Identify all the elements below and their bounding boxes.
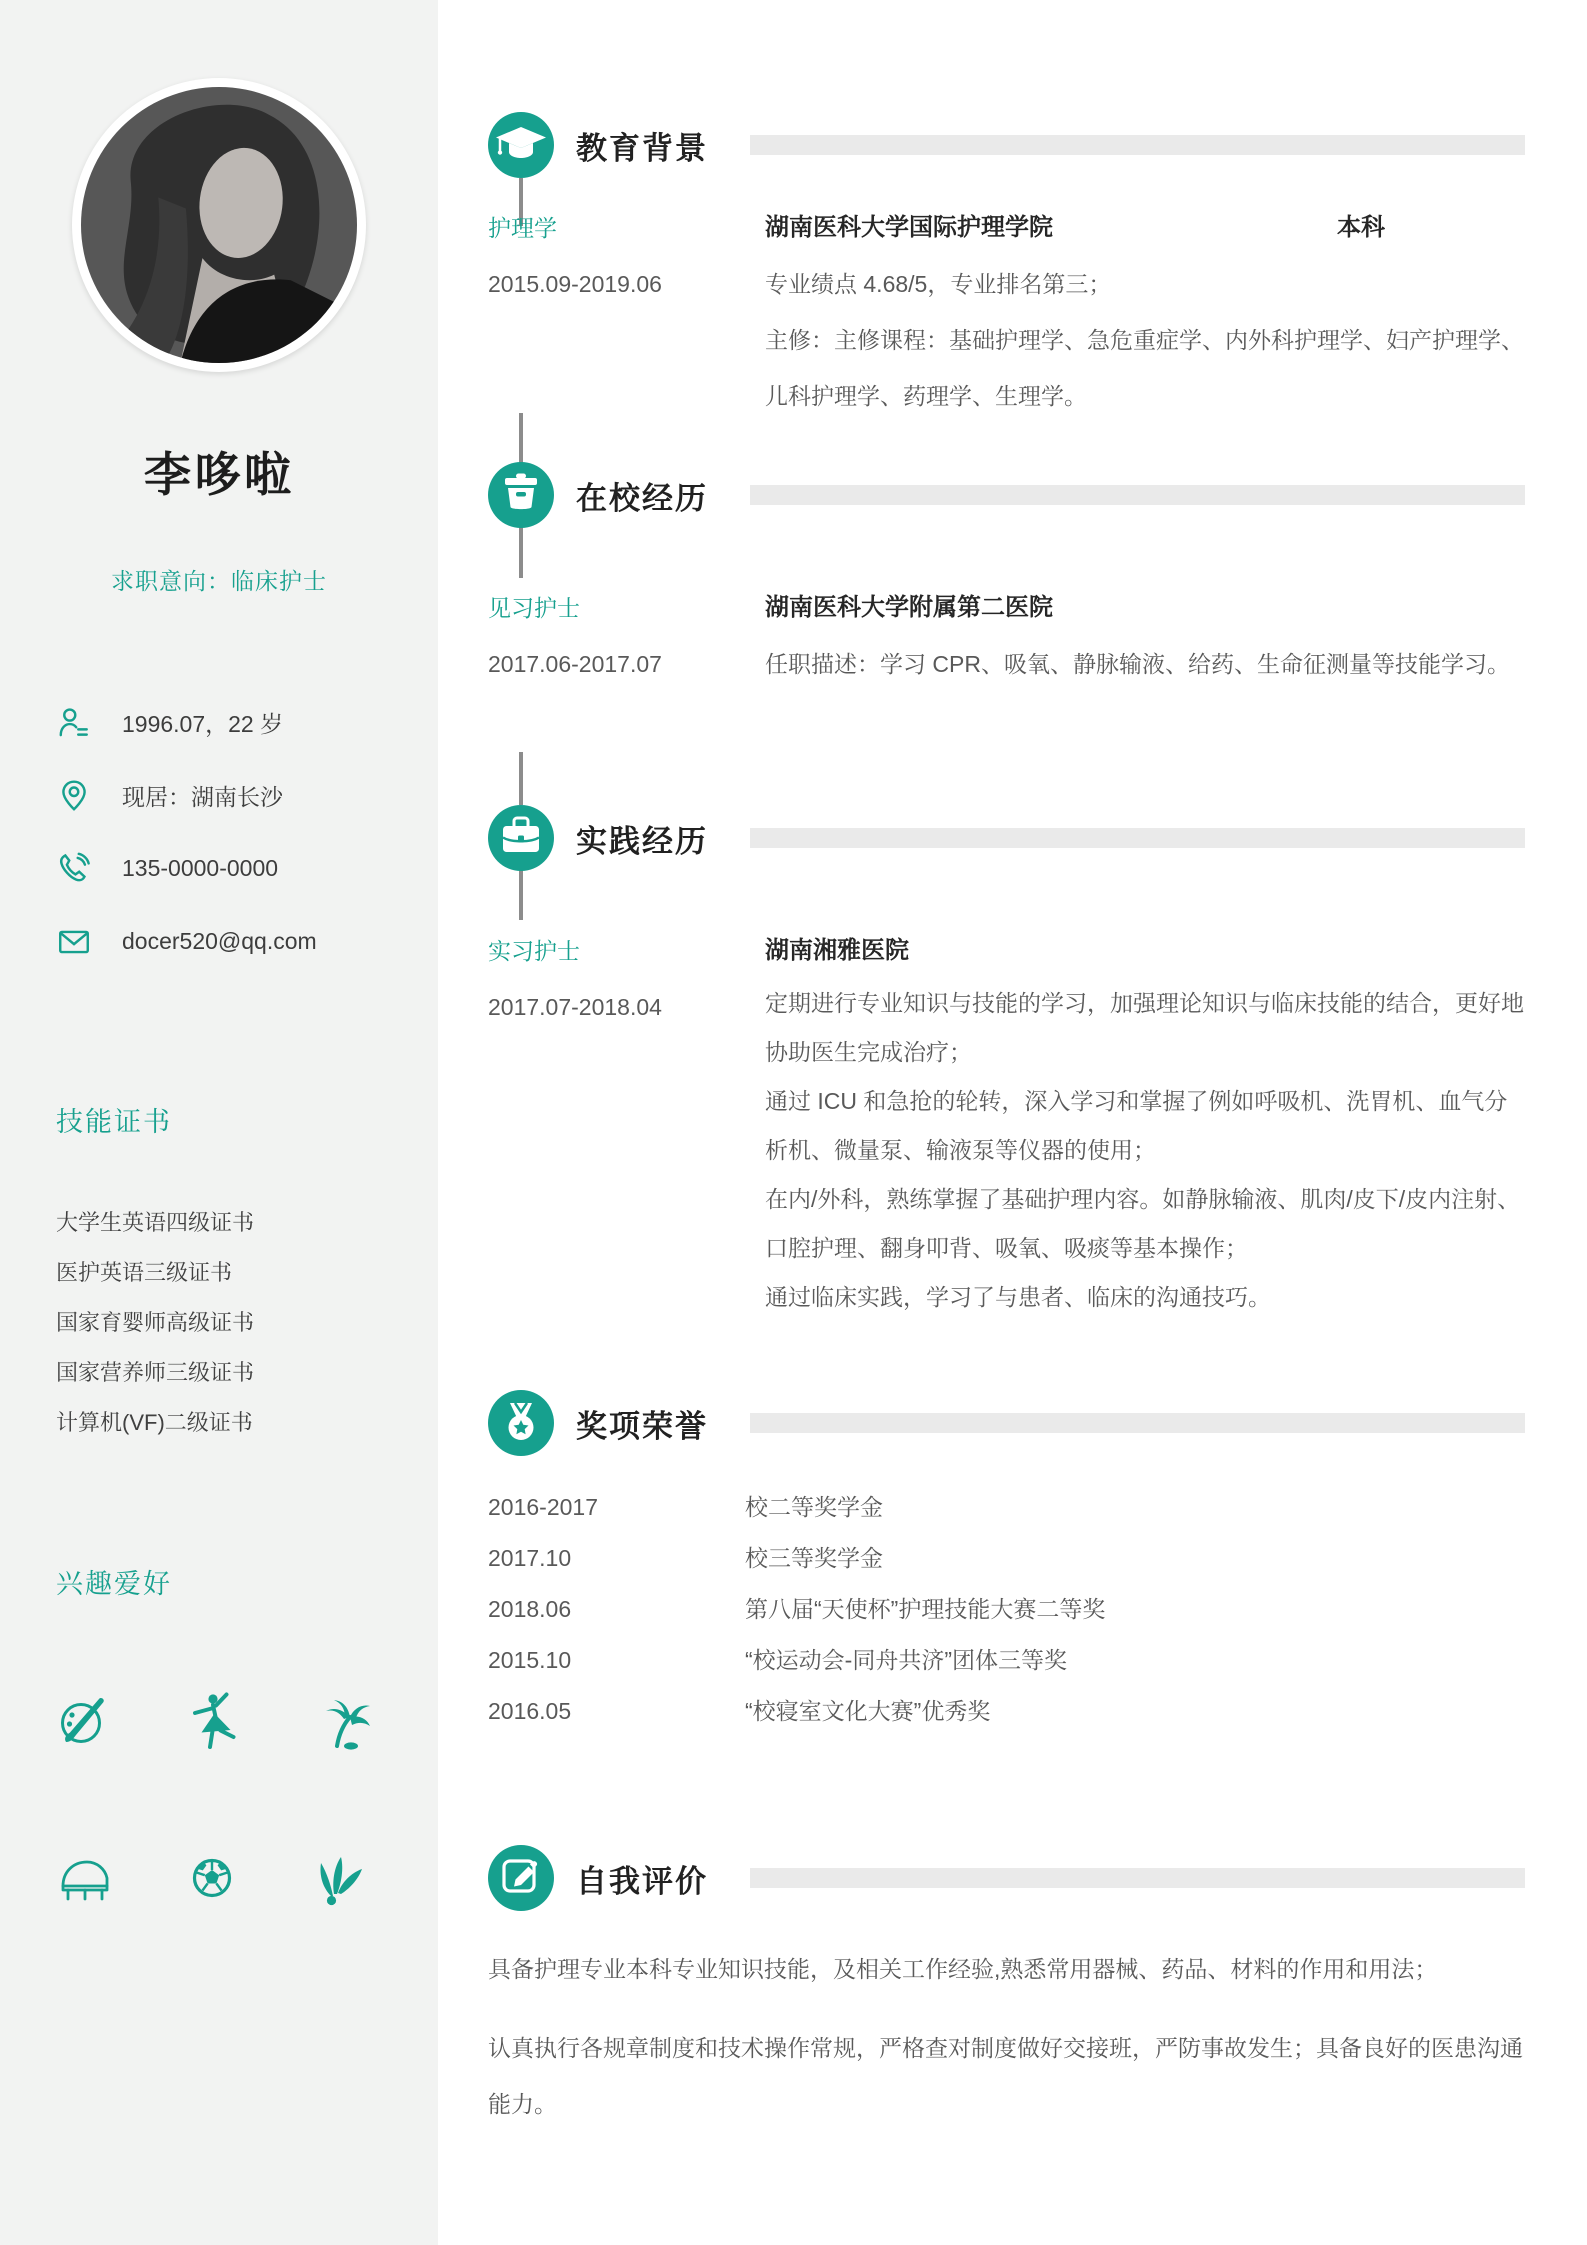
- certificate-item: 国家营养师三级证书: [56, 1348, 254, 1398]
- education-school: 湖南医科大学国际护理学院: [765, 200, 1053, 256]
- practice-icon-circle: [488, 805, 554, 871]
- section-campus: 在校经历 见习护士 2017.06-2017.07 湖南医科大学附属第二医院 任…: [488, 462, 1525, 692]
- award-date: 2018.06: [488, 1584, 745, 1635]
- education-title: 教育背景: [576, 123, 708, 168]
- profile-photo: [72, 78, 366, 372]
- piano-icon: [53, 1846, 117, 1910]
- awards-header: 奖项荣誉: [488, 1390, 1525, 1456]
- awards-icon-circle: [488, 1390, 554, 1456]
- badminton-icon: [307, 1846, 371, 1910]
- contact-location: 现居：湖南长沙: [122, 779, 283, 812]
- portrait-image: [81, 87, 357, 363]
- campus-org-row: 湖南医科大学附属第二医院: [765, 580, 1525, 636]
- practice-header: 实践经历: [488, 805, 1525, 871]
- practice-line: 通过 ICU 和急抢的轮转，深入学习和掌握了例如呼吸机、洗胃机、血气分析机、微量…: [765, 1077, 1525, 1175]
- education-body: 护理学 2015.09-2019.06 湖南医科大学国际护理学院 本科 专业绩点…: [488, 200, 1525, 424]
- practice-title: 实践经历: [576, 816, 708, 861]
- evaluation-body: 具备护理专业本科专业知识技能，及相关工作经验,熟悉常用器械、药品、材料的作用和用…: [488, 1941, 1525, 2132]
- phone-icon: [56, 851, 92, 887]
- section-evaluation: 自我评价 具备护理专业本科专业知识技能，及相关工作经验,熟悉常用器械、药品、材料…: [488, 1845, 1525, 2132]
- evaluation-title: 自我评价: [576, 1856, 708, 1901]
- section-awards: 奖项荣誉 2016-2017 校二等奖学金 2017.10 校三等奖学金 201…: [488, 1390, 1525, 1737]
- evaluation-header: 自我评价: [488, 1845, 1525, 1911]
- campus-line: 任职描述：学习 CPR、吸氧、静脉输液、给药、生命征测量等技能学习。: [765, 636, 1525, 692]
- practice-org-row: 湖南湘雅医院: [765, 923, 1525, 979]
- person-icon: [56, 705, 92, 741]
- campus-left-col: 见习护士 2017.06-2017.07: [488, 580, 765, 692]
- campus-right-col: 湖南医科大学附属第二医院 任职描述：学习 CPR、吸氧、静脉输液、给药、生命征测…: [765, 580, 1525, 692]
- practice-body: 实习护士 2017.07-2018.04 湖南湘雅医院 定期进行专业知识与技能的…: [488, 923, 1525, 1322]
- campus-hospital: 湖南医科大学附属第二医院: [765, 580, 1053, 636]
- hobbies-heading: 兴趣爱好: [56, 1562, 172, 1601]
- education-degree: 本科: [1337, 200, 1385, 256]
- awards-body: 2016-2017 校二等奖学金 2017.10 校三等奖学金 2018.06 …: [488, 1482, 1525, 1737]
- section-header-bar: [750, 485, 1525, 505]
- football-icon: [180, 1846, 244, 1910]
- hobby-piano: [49, 1840, 121, 1916]
- contact-list: 1996.07，22 岁 现居：湖南长沙 135-0000-0000: [56, 686, 317, 978]
- education-header: 教育背景: [488, 112, 1525, 178]
- section-practice: 实践经历 实习护士 2017.07-2018.04 湖南湘雅医院 定期进行专业知…: [488, 805, 1525, 1322]
- hobby-dance: [176, 1682, 248, 1758]
- contact-age: 1996.07，22 岁: [122, 706, 283, 739]
- practice-role: 实习护士: [488, 923, 765, 979]
- dance-icon: [180, 1688, 244, 1752]
- candidate-name: 李哆啦: [0, 438, 438, 505]
- hobby-football: [176, 1840, 248, 1916]
- education-period: 2015.09-2019.06: [488, 256, 765, 312]
- education-icon-circle: [488, 112, 554, 178]
- certificates-list: 大学生英语四级证书 医护英语三级证书 国家育婴师高级证书 国家营养师三级证书 计…: [56, 1198, 254, 1448]
- award-text: 校三等奖学金: [745, 1533, 883, 1584]
- timeline-segment: [519, 752, 523, 805]
- certificate-item: 计算机(VF)二级证书: [56, 1398, 254, 1448]
- evaluation-paragraph: 认真执行各规章制度和技术操作常规，严格查对制度做好交接班，严防事故发生；具备良好…: [488, 2020, 1525, 2132]
- practice-line: 定期进行专业知识与技能的学习，加强理论知识与临床技能的结合，更好地协助医生完成治…: [765, 979, 1525, 1077]
- job-objective: 求职意向：临床护士: [0, 563, 438, 596]
- campus-role: 见习护士: [488, 580, 765, 636]
- evaluation-icon-circle: [488, 1845, 554, 1911]
- award-date: 2016-2017: [488, 1482, 745, 1533]
- award-date: 2015.10: [488, 1635, 745, 1686]
- award-date: 2016.05: [488, 1686, 745, 1737]
- section-header-bar: [750, 135, 1525, 155]
- section-header-bar: [750, 1868, 1525, 1888]
- contact-row-location: 现居：湖南长沙: [56, 759, 317, 832]
- contact-row-email: docer520@qq.com: [56, 905, 317, 978]
- award-row: 2018.06 第八届“天使杯”护理技能大赛二等奖: [488, 1584, 1525, 1635]
- award-row: 2015.10 “校运动会-同舟共济”团体三等奖: [488, 1635, 1525, 1686]
- hobby-travel: [303, 1682, 375, 1758]
- pencil-square-icon: [488, 1845, 554, 1911]
- section-header-bar: [750, 828, 1525, 848]
- contact-phone: 135-0000-0000: [122, 855, 278, 882]
- award-row: 2017.10 校三等奖学金: [488, 1533, 1525, 1584]
- section-header-bar: [750, 1413, 1525, 1433]
- education-line: 专业绩点 4.68/5，专业排名第三；: [765, 256, 1525, 312]
- briefcase-icon: [488, 805, 554, 871]
- practice-line: 通过临床实践，学习了与患者、临床的沟通技巧。: [765, 1273, 1525, 1322]
- award-text: 校二等奖学金: [745, 1482, 883, 1533]
- certificate-item: 医护英语三级证书: [56, 1248, 254, 1298]
- campus-icon-circle: [488, 462, 554, 528]
- award-date: 2017.10: [488, 1533, 745, 1584]
- certificate-item: 大学生英语四级证书: [56, 1198, 254, 1248]
- practice-hospital: 湖南湘雅医院: [765, 923, 909, 979]
- education-major: 护理学: [488, 200, 765, 256]
- education-right-col: 湖南医科大学国际护理学院 本科 专业绩点 4.68/5，专业排名第三； 主修：主…: [765, 200, 1525, 424]
- practice-period: 2017.07-2018.04: [488, 979, 765, 1035]
- campus-body: 见习护士 2017.06-2017.07 湖南医科大学附属第二医院 任职描述：学…: [488, 580, 1525, 692]
- practice-left-col: 实习护士 2017.07-2018.04: [488, 923, 765, 1322]
- education-org-row: 湖南医科大学国际护理学院 本科: [765, 200, 1525, 256]
- practice-line: 在内/外科，熟练掌握了基础护理内容。如静脉输液、肌肉/皮下/皮内注射、口腔护理、…: [765, 1175, 1525, 1273]
- education-left-col: 护理学 2015.09-2019.06: [488, 200, 765, 424]
- location-icon: [56, 778, 92, 814]
- award-text: 第八届“天使杯”护理技能大赛二等奖: [745, 1584, 1105, 1635]
- main-column: 教育背景 护理学 2015.09-2019.06 湖南医科大学国际护理学院 本科…: [438, 0, 1587, 2245]
- education-line: 主修：主修课程：基础护理学、急危重症学、内外科护理学、妇产护理学、儿科护理学、药…: [765, 312, 1525, 424]
- evaluation-paragraph: 具备护理专业本科专业知识技能，及相关工作经验,熟悉常用器械、药品、材料的作用和用…: [488, 1941, 1525, 1997]
- awards-title: 奖项荣誉: [576, 1401, 708, 1446]
- award-row: 2016.05 “校寝室文化大赛”优秀奖: [488, 1686, 1525, 1737]
- section-education: 教育背景 护理学 2015.09-2019.06 湖南医科大学国际护理学院 本科…: [488, 112, 1525, 424]
- award-text: “校运动会-同舟共济”团体三等奖: [745, 1635, 1067, 1686]
- medal-icon: [488, 1390, 554, 1456]
- graduation-cap-icon: [488, 112, 554, 178]
- archive-box-icon: [488, 462, 554, 528]
- contact-row-age: 1996.07，22 岁: [56, 686, 317, 759]
- campus-title: 在校经历: [576, 473, 708, 518]
- campus-header: 在校经历: [488, 462, 1525, 528]
- email-icon: [56, 924, 92, 960]
- sidebar: 李哆啦 求职意向：临床护士 1996.07，22 岁 现居：湖南长沙: [0, 0, 438, 2245]
- practice-right-col: 湖南湘雅医院 定期进行专业知识与技能的学习，加强理论知识与临床技能的结合，更好地…: [765, 923, 1525, 1322]
- painting-icon: [53, 1688, 117, 1752]
- certificate-item: 国家育婴师高级证书: [56, 1298, 254, 1348]
- contact-row-phone: 135-0000-0000: [56, 832, 317, 905]
- campus-period: 2017.06-2017.07: [488, 636, 765, 692]
- hobby-painting: [49, 1682, 121, 1758]
- palm-tree-icon: [307, 1688, 371, 1752]
- contact-email: docer520@qq.com: [122, 928, 317, 955]
- certificates-heading: 技能证书: [56, 1100, 172, 1139]
- resume-page: 李哆啦 求职意向：临床护士 1996.07，22 岁 现居：湖南长沙: [0, 0, 1587, 2245]
- award-row: 2016-2017 校二等奖学金: [488, 1482, 1525, 1533]
- hobby-badminton: [303, 1840, 375, 1916]
- award-text: “校寝室文化大赛”优秀奖: [745, 1686, 990, 1737]
- hobbies-grid: [49, 1682, 375, 1916]
